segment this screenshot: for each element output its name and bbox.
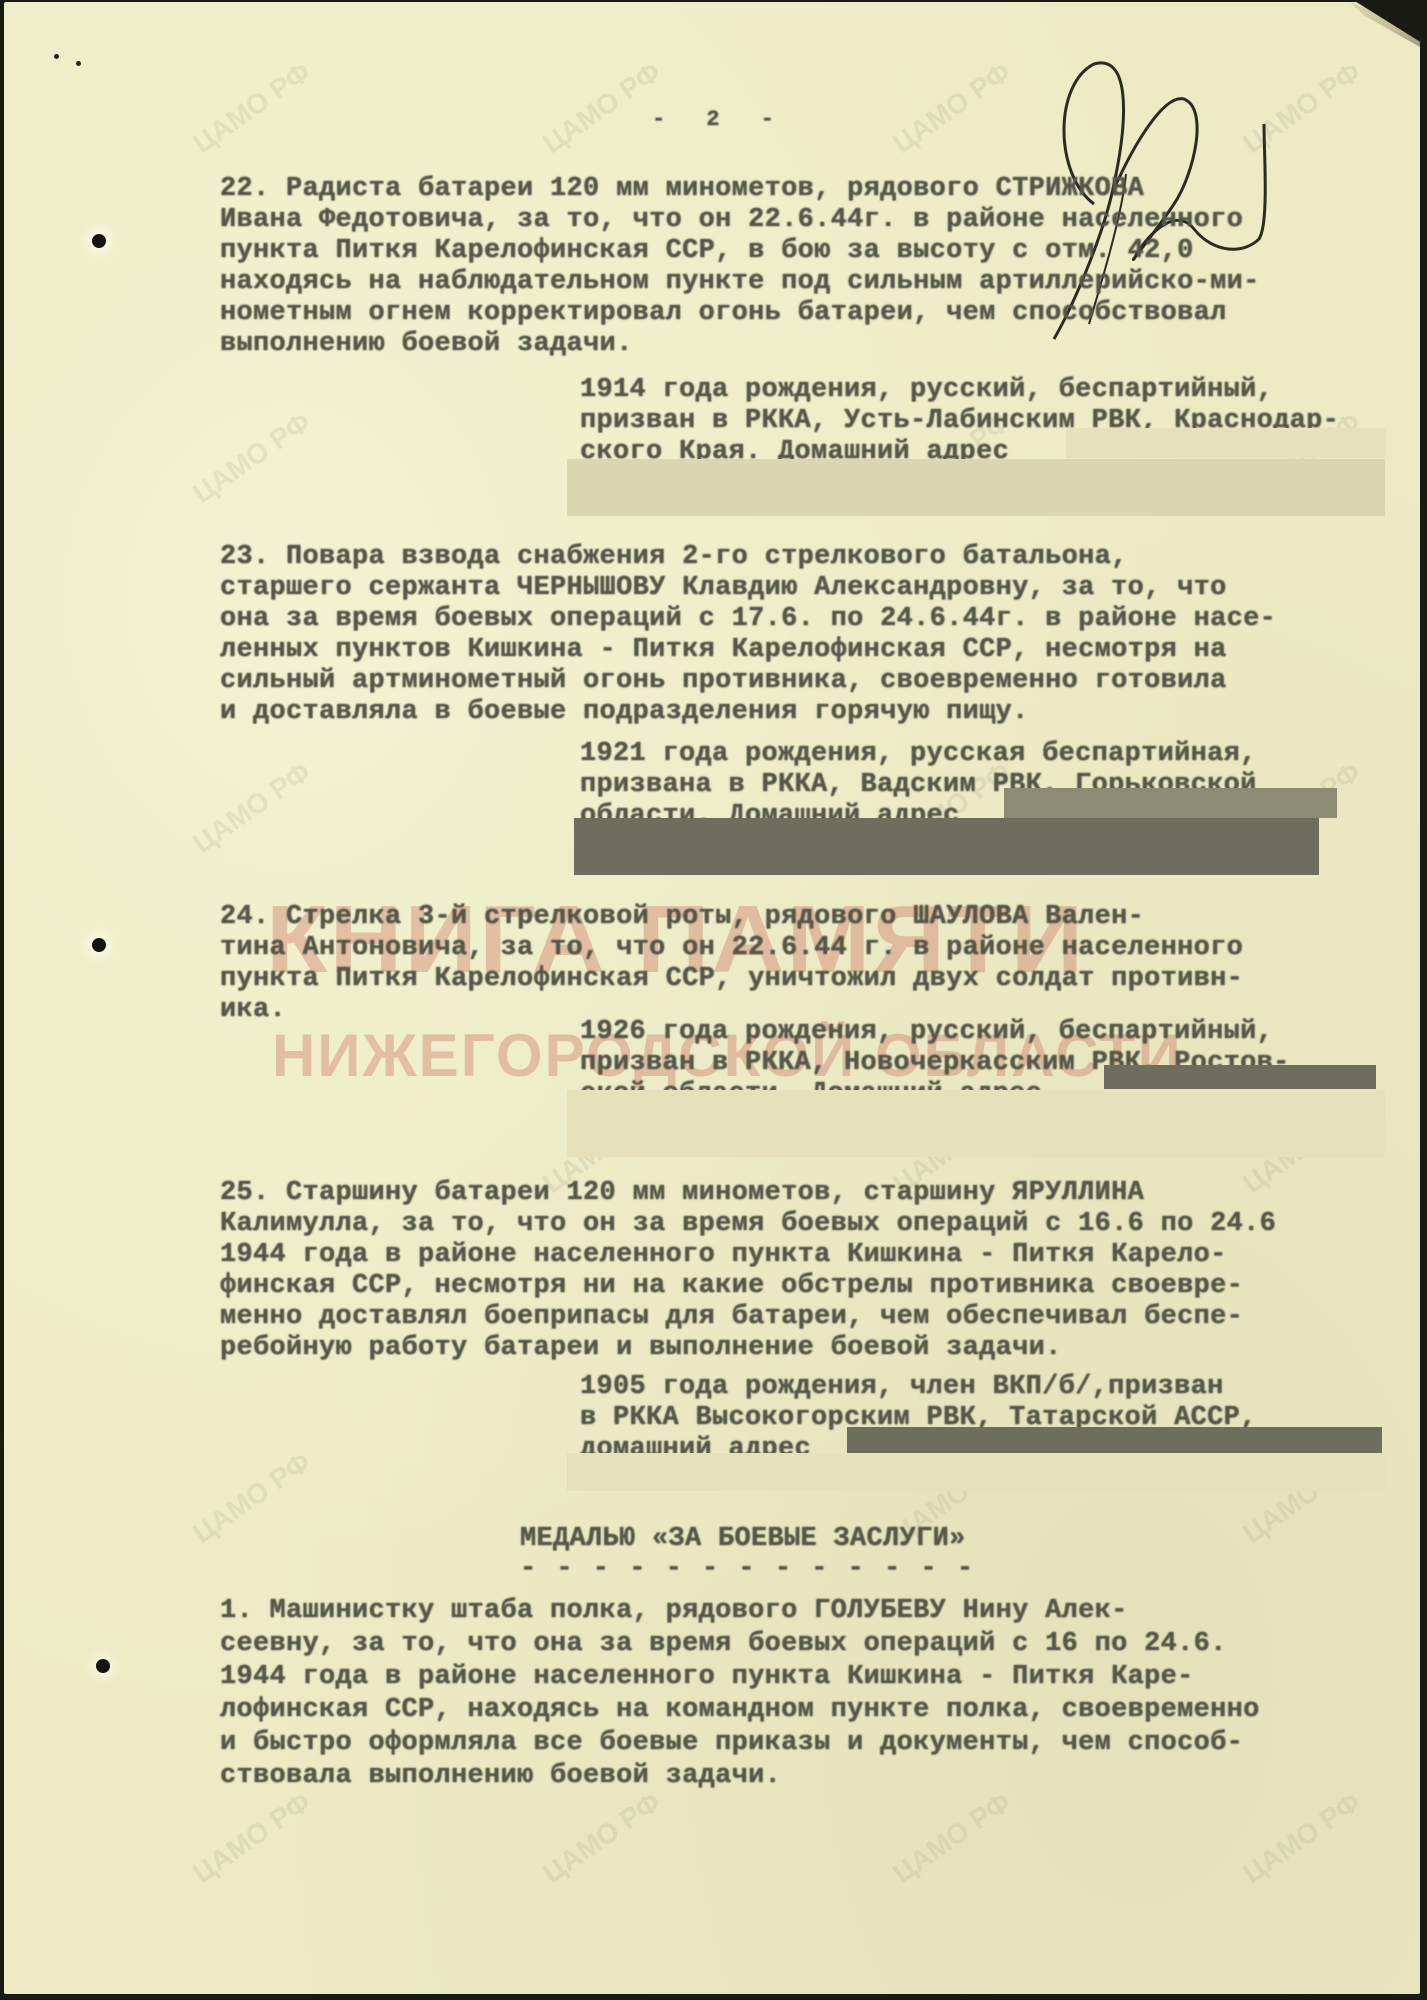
redacted-address-23b — [574, 818, 1319, 875]
ink-speck — [54, 54, 59, 59]
entry-23-line: ленных пунктов Кишкина - Питкя Карелофин… — [220, 635, 1227, 666]
entry-23-bio-line: 1921 года рождения, русская беспартийная… — [580, 739, 1257, 770]
entry-25-line: ребойную работу батареи и выполнение бое… — [220, 1333, 1062, 1364]
medal-entry-1-line: и быстро оформляла все боевые приказы и … — [220, 1728, 1243, 1759]
punch-hole-top — [92, 234, 106, 248]
entry-24-line: 24. Стрелка 3-й стрелковой роты, рядовог… — [220, 902, 1144, 933]
ink-speck — [76, 61, 81, 66]
entry-22-line: пункта Питкя Карелофинская ССР, в бою за… — [220, 236, 1194, 267]
entry-23-line: 23. Повара взвода снабжения 2-го стрелко… — [220, 542, 1128, 573]
entry-23-line: сильный артминометный огонь противника, … — [220, 666, 1227, 697]
archive-watermark: ЦАМО РФ — [187, 1786, 317, 1890]
entry-22-line: 22. Радиста батареи 120 мм минометов, ря… — [220, 174, 1144, 205]
punch-hole-bottom — [96, 1659, 110, 1673]
archive-watermark: ЦАМО РФ — [187, 56, 317, 160]
punch-hole-middle — [92, 938, 106, 952]
medal-entry-1-line: 1944 года в районе населенного пункта Ки… — [220, 1662, 1194, 1693]
redacted-address-25b — [567, 1453, 1385, 1491]
medal-entry-1-line: ствовала выполнению боевой задачи. — [220, 1761, 781, 1792]
entry-24-bio-line: 1926 года рождения, русский, беспартийны… — [580, 1017, 1273, 1048]
entry-25-line: 1944 года в районе населенного пункта Ки… — [220, 1240, 1227, 1271]
entry-23-line: она за время боевых операций с 17.6. по … — [220, 604, 1276, 635]
section-heading-medal: МЕДАЛЬЮ «ЗА БОЕВЫЕ ЗАСЛУГИ» — [520, 1524, 966, 1555]
medal-entry-1-line: лофинская ССР, находясь на командном пун… — [220, 1695, 1260, 1726]
archive-watermark: ЦАМО РФ — [1237, 1786, 1367, 1890]
medal-entry-1-line: сеевну, за то, что она за время боевых о… — [220, 1629, 1227, 1660]
redacted-address-22b — [567, 459, 1385, 516]
medal-entry-1-line: 1. Машинистку штаба полка, рядового ГОЛУ… — [220, 1596, 1128, 1627]
entry-25-line: финская ССР, несмотря ни на какие обстре… — [220, 1271, 1243, 1302]
archive-watermark: ЦАМО РФ — [887, 56, 1017, 160]
folded-corner — [1350, 2, 1420, 47]
archive-watermark: ЦАМО РФ — [187, 756, 317, 860]
entry-22-line: нометным огнем корректировал огонь батар… — [220, 298, 1227, 329]
redacted-address-25a — [847, 1427, 1382, 1453]
section-heading-underline: - - - - - - - - - - - - - — [520, 1554, 975, 1585]
entry-23-line: и доставляла в боевые подразделения горя… — [220, 697, 1029, 728]
archive-watermark: ЦАМО РФ — [187, 406, 317, 510]
redacted-address-24b — [567, 1090, 1385, 1157]
archive-watermark: ЦАМО РФ — [187, 1446, 317, 1550]
entry-24-line: ика. — [220, 995, 286, 1026]
entry-25-line: менно доставлял боеприпасы для батареи, … — [220, 1302, 1243, 1333]
redacted-address-22a — [1066, 428, 1386, 458]
entry-24-line: пункта Питкя Карелофинская ССР, уничтожи… — [220, 964, 1243, 995]
archive-watermark: ЦАМО РФ — [537, 1786, 667, 1890]
archive-watermark: ЦАМО РФ — [537, 56, 667, 160]
entry-22-line: Ивана Федотовича, за то, что он 22.6.44г… — [220, 205, 1243, 236]
document-page: ЦАМО РФ ЦАМО РФ ЦАМО РФ ЦАМО РФ ЦАМО РФ … — [4, 2, 1420, 1994]
entry-23-line: старшего сержанта ЧЕРНЫШОВУ Клавдию Алек… — [220, 573, 1227, 604]
redacted-address-24a — [1104, 1065, 1376, 1089]
entry-25-line: 25. Старшину батареи 120 мм минометов, с… — [220, 1178, 1144, 1209]
entry-24-line: тина Антоновича, за то, что он 22.6.44 г… — [220, 933, 1243, 964]
archive-watermark: ЦАМО РФ — [887, 1786, 1017, 1890]
entry-22-line: находясь на наблюдательном пункте под си… — [220, 267, 1260, 298]
redacted-address-23a — [1004, 788, 1337, 818]
entry-25-line: Калимулла, за то, что он за время боевых… — [220, 1209, 1276, 1240]
entry-22-bio-line: 1914 года рождения, русский, беспартийны… — [580, 375, 1273, 406]
entry-22-line: выполнению боевой задачи. — [220, 329, 633, 360]
entry-25-bio-line: 1905 года рождения, член ВКП/б/,призван — [580, 1372, 1224, 1403]
page-marker: - 2 - — [652, 104, 788, 135]
